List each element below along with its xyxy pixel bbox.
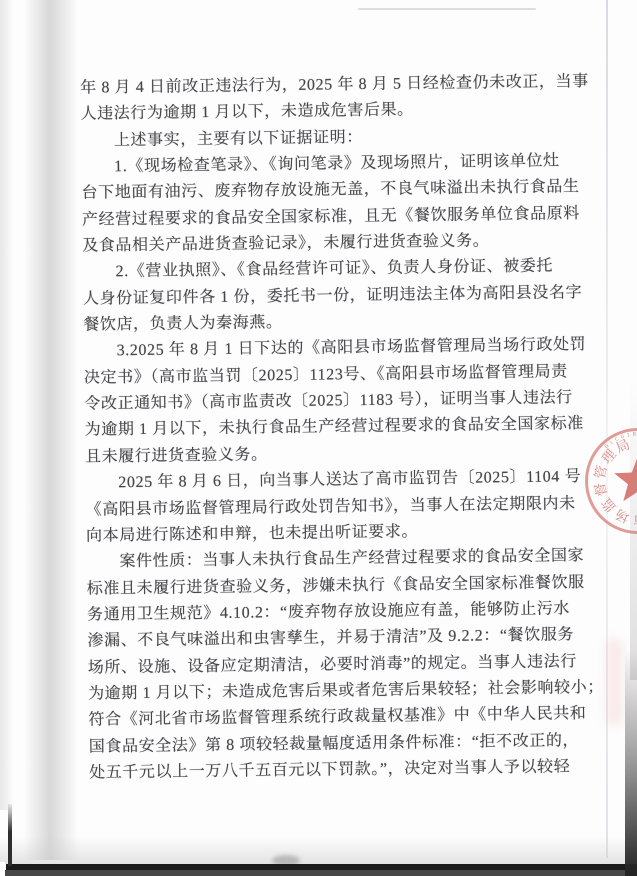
scan-top-edge-line [358,8,536,10]
scan-right-edge-shading [630,380,637,680]
official-seal: 高阳县市场监督管理局 GLC01B [558,401,637,561]
scan-bottom-left-corner [0,862,5,876]
svg-text:督: 督 [591,481,610,498]
scan-right-edge-dark [625,650,637,876]
scanned-document-page: 年 8 月 4 日前改正违法行为，2025 年 8 月 5 日经检查仍未改正，当… [0,0,637,876]
document-text: 年 8 月 4 日前改正违法行为，2025 年 8 月 5 日经检查仍未改正，当… [80,69,613,787]
scan-left-edge-shading [0,0,14,810]
scan-bottom-shading [0,836,637,864]
scan-left-edge-line [8,804,12,866]
scan-bottom-edge-gray [4,870,637,876]
seal-ink-smudge [606,638,623,726]
page-curl-shadow [24,0,86,860]
svg-text:管: 管 [592,464,610,481]
svg-text:监: 监 [598,495,619,516]
text-line: 处五千元以上一万八千五百元以下罚款。”，决定对当事人予以较轻 [89,754,613,787]
